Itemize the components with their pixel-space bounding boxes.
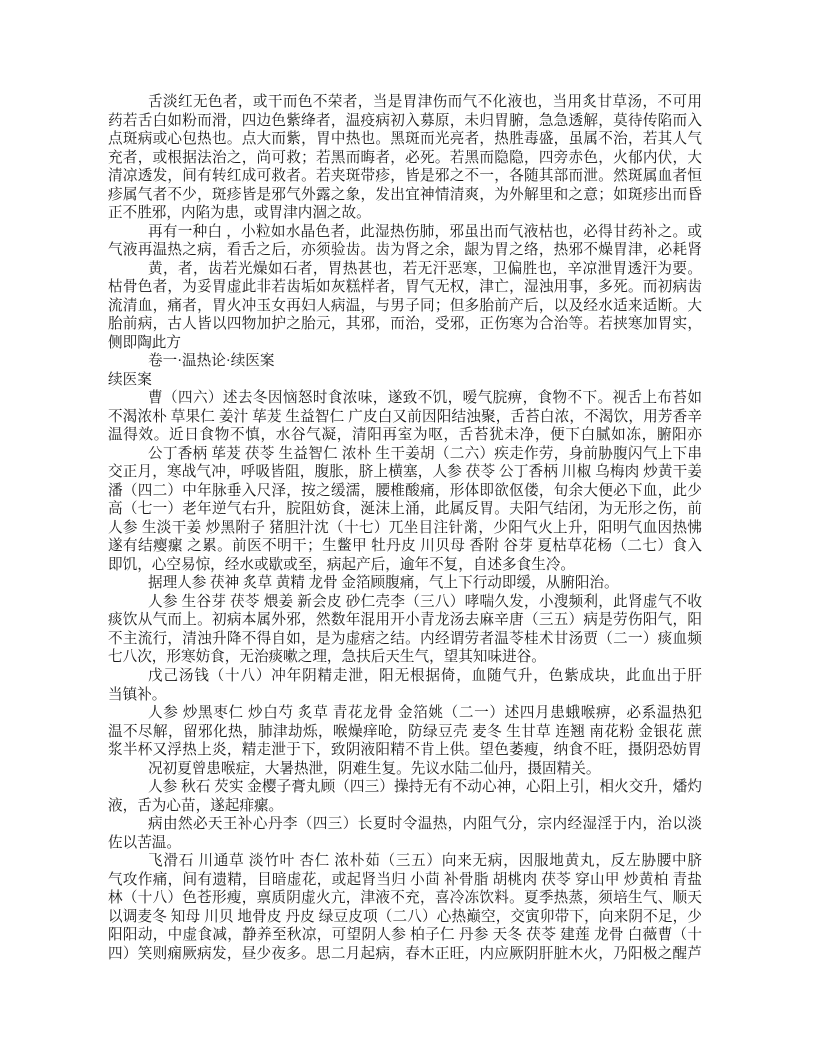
text-line: 公丁香柄 荜茇 茯苓 生益智仁 浓朴 生干姜胡（二六）疾走作劳，身前胁腹闪气上下… — [108, 445, 702, 464]
text-line: 续医案 — [108, 371, 702, 390]
text-line: 痰饮从气而上。初病本属外邪，然数年混用开小青龙汤去麻辛唐（三五）病是劳伤阳气，阳… — [108, 611, 702, 630]
text-line: 气液再温热之病，看舌之后，亦须验齿。齿为肾之余，龈为胃之络，热邪不燥胃津，必耗肾… — [108, 241, 702, 260]
text-line: 遂有结瘿瘰 之累。前医不明干；生鳖甲 牡丹皮 川贝母 香附 谷芽 夏枯草花杨（二… — [108, 537, 702, 556]
text-line: 以调麦冬 知母 川贝 地骨皮 丹皮 绿豆皮项（二八）心热巅空，交寅卯带下，向来阴… — [108, 908, 702, 927]
text-line: 病由然必天王补心丹李（四三）长夏时令温热，内阻气分，宗内经湿淫于内，治以淡渗， — [108, 815, 702, 834]
text-line: 浆半杯又浮热上炎，精走泄于下，致阴液阳精不肯上供。望色萎瘦，纳食不旺，摄阴恐妨胃… — [108, 741, 702, 760]
text-line: 温得效。近日食物不慎，水谷气凝，清阳再室为呕，舌苔犹未净，便下白腻如冻，腑阳亦衰… — [108, 426, 702, 445]
text-line: 不主流行，清浊升降不得自如，是为虚痞之结。内经谓劳者温苓桂术甘汤贾（二一）痰血频… — [108, 630, 702, 649]
text-line: 飞滑石 川通草 淡竹叶 杏仁 浓朴茹（三五）向来无病，因服地黄丸，反左胁腰中脐旁… — [108, 852, 702, 871]
text-line: 曹（四六）述去冬因恼怒时食浓味，遂致不饥，嗳气脘痹，食物不下。视舌上布苔如粉， — [108, 389, 702, 408]
text-line: 枯骨色者，为妥胃虚此非若齿垢如灰糕样者，胃气无权，津亡，湿浊用事，多死。而初病齿… — [108, 278, 702, 297]
text-line: 点斑病或心包热也。点大而紫，胃中热也。黑斑而光亮者，热胜毒盛，虽属不治，若其人气… — [108, 130, 702, 149]
text-line: 潘（四二）中年脉垂入尺泽，按之缓濡，腰椎酸痛，形体即欲伛偻，旬余大便必下血，此少… — [108, 482, 702, 501]
text-line: 流清血，痛者，胃火冲玉女再妇人病温，与男子同；但多胎前产后，以及经水适来适断。大… — [108, 297, 702, 316]
text-line: 据理人参 茯神 炙草 黄精 龙骨 金箔顾腹痛，气上下行动即缓，从腑阳治。 — [108, 574, 702, 593]
text-line: 胎前病，古人皆以四物加护之胎元，其邪，而治，受邪，正伤寒为合治等。若挟寒加胃实，… — [108, 315, 702, 334]
text-line: 人参 生谷芽 茯苓 煨姜 新会皮 砂仁壳李（三八）哮喘久发，小溲频利，此肾虚气不… — [108, 593, 702, 612]
text-line: 正不胜邪，内陷为患，或胃津内涸之故。 — [108, 204, 702, 223]
text-line: 舌淡红无色者，或干而色不荣者，当是胃津伤而气不化液也，当用炙甘草汤，不可用寒凉 — [108, 93, 702, 112]
text-line: 七八次，形寒妨食，无治痰嗽之理，急扶后天生气，望其知味进谷。 — [108, 648, 702, 667]
text-line: 阳阳动，中虚食减，静养至秋凉，可望阴人参 柏子仁 丹参 天冬 茯苓 建莲 龙骨 … — [108, 926, 702, 945]
text-line: 再有一种白 ，小粒如水晶色者，此湿热伤肺，邪虽出而气液枯也，必得甘药补之。或未至 — [108, 223, 702, 242]
text-line: 即饥，心空易惊，经水或歇或至，病起产后，逾年不复，自述多食生冷。 — [108, 556, 702, 575]
page-text: 舌淡红无色者，或干而色不荣者，当是胃津伤而气不化液也，当用炙甘草汤，不可用寒凉药… — [108, 93, 702, 963]
text-line: 人参 秋石 芡实 金樱子膏丸顾（四三）操持无有不动心神，心阳上引，相火交升，燔灼… — [108, 778, 702, 797]
document-page: 舌淡红无色者，或干而色不荣者，当是胃津伤而气不化液也，当用炙甘草汤，不可用寒凉药… — [0, 0, 816, 1056]
text-line: 侧即陶此方 — [108, 334, 702, 353]
text-line: 高（七一）老年逆气右升，脘阻妨食，涎沫上涌，此属反胃。夫阳气结闭，为无形之伤，前… — [108, 500, 702, 519]
text-line: 气攻作痛，间有遗精，目暗虚花，或起肾当归 小茴 补骨脂 胡桃肉 茯苓 穿山甲 炒… — [108, 871, 702, 890]
text-line: 人参 炒黑枣仁 炒白芍 炙草 青花龙骨 金箔姚（二一）述四月患蛾喉痹，必系温热犯… — [108, 704, 702, 723]
text-line: 药若舌白如粉而滑，四边色紫绛者，温疫病初入募原，未归胃腑，急急透解，莫待传陷而入… — [108, 112, 702, 131]
text-line: 戊己汤钱（十八）冲年阴精走泄，阳无根据倚，血随气升，色紫成块，此血出于肝络，法 — [108, 667, 702, 686]
text-line: 况初夏曾患喉症，大暑热泄，阴难生复。先议水陆二仙丹，摄固精关。 — [108, 760, 702, 779]
text-line: 交正月，寒战气冲，呼吸皆阻，腹胀，脐上横塞，人参 茯苓 公丁香柄 川椒 乌梅肉 … — [108, 463, 702, 482]
text-line: 佐以苦温。 — [108, 834, 702, 853]
text-line: 人参 生淡干姜 炒黑附子 猪胆汁沈（十七）兀坐目注针黹，少阳气火上升，阳明气血因… — [108, 519, 702, 538]
text-line: 当镇补。 — [108, 686, 702, 705]
text-line: 黄，者，齿若光燥如石者，胃热甚也，若无汗恶寒，卫偏胜也，辛凉泄胃透汗为要。若如 — [108, 260, 702, 279]
text-line: 温不尽解，留邪化热，肺津劫烁，喉燥痒呛，防绿豆壳 麦冬 生甘草 连翘 南花粉 金… — [108, 723, 702, 742]
text-line: 卷一·温热论·续医案 — [108, 352, 702, 371]
text-line: 四）笑则痫厥病发，昼少夜多。思二月起病，春木正旺，内应厥阴肝脏木火，乃阳极之醒芦… — [108, 945, 702, 964]
text-line: 林（十八）色苍形瘦，禀质阴虚火亢，津液不充，喜冷冻饮料。夏季热蒸，须培生气、顺天… — [108, 889, 702, 908]
text-line: 不渴浓朴 草果仁 姜汁 荜茇 生益智仁 广皮白又前因阳结浊聚，舌苔白浓，不渴饮，… — [108, 408, 702, 427]
text-line: 充者，或根据法治之，尚可救；若黑而晦者，必死。若黑而隐隐，四旁赤色，火郁内伏，大… — [108, 149, 702, 168]
text-line: 疹属气者不少，斑疹皆是邪气外露之象，发出宜神情清爽，为外解里和之意；如斑疹出而昏… — [108, 186, 702, 205]
text-line: 清凉透发，间有转红成可救者。若夹斑带疹，皆是邪之不一，各随其部而泄。然斑属血者恒… — [108, 167, 702, 186]
text-line: 液，舌为心苗，遂起痱瘰。 — [108, 797, 702, 816]
